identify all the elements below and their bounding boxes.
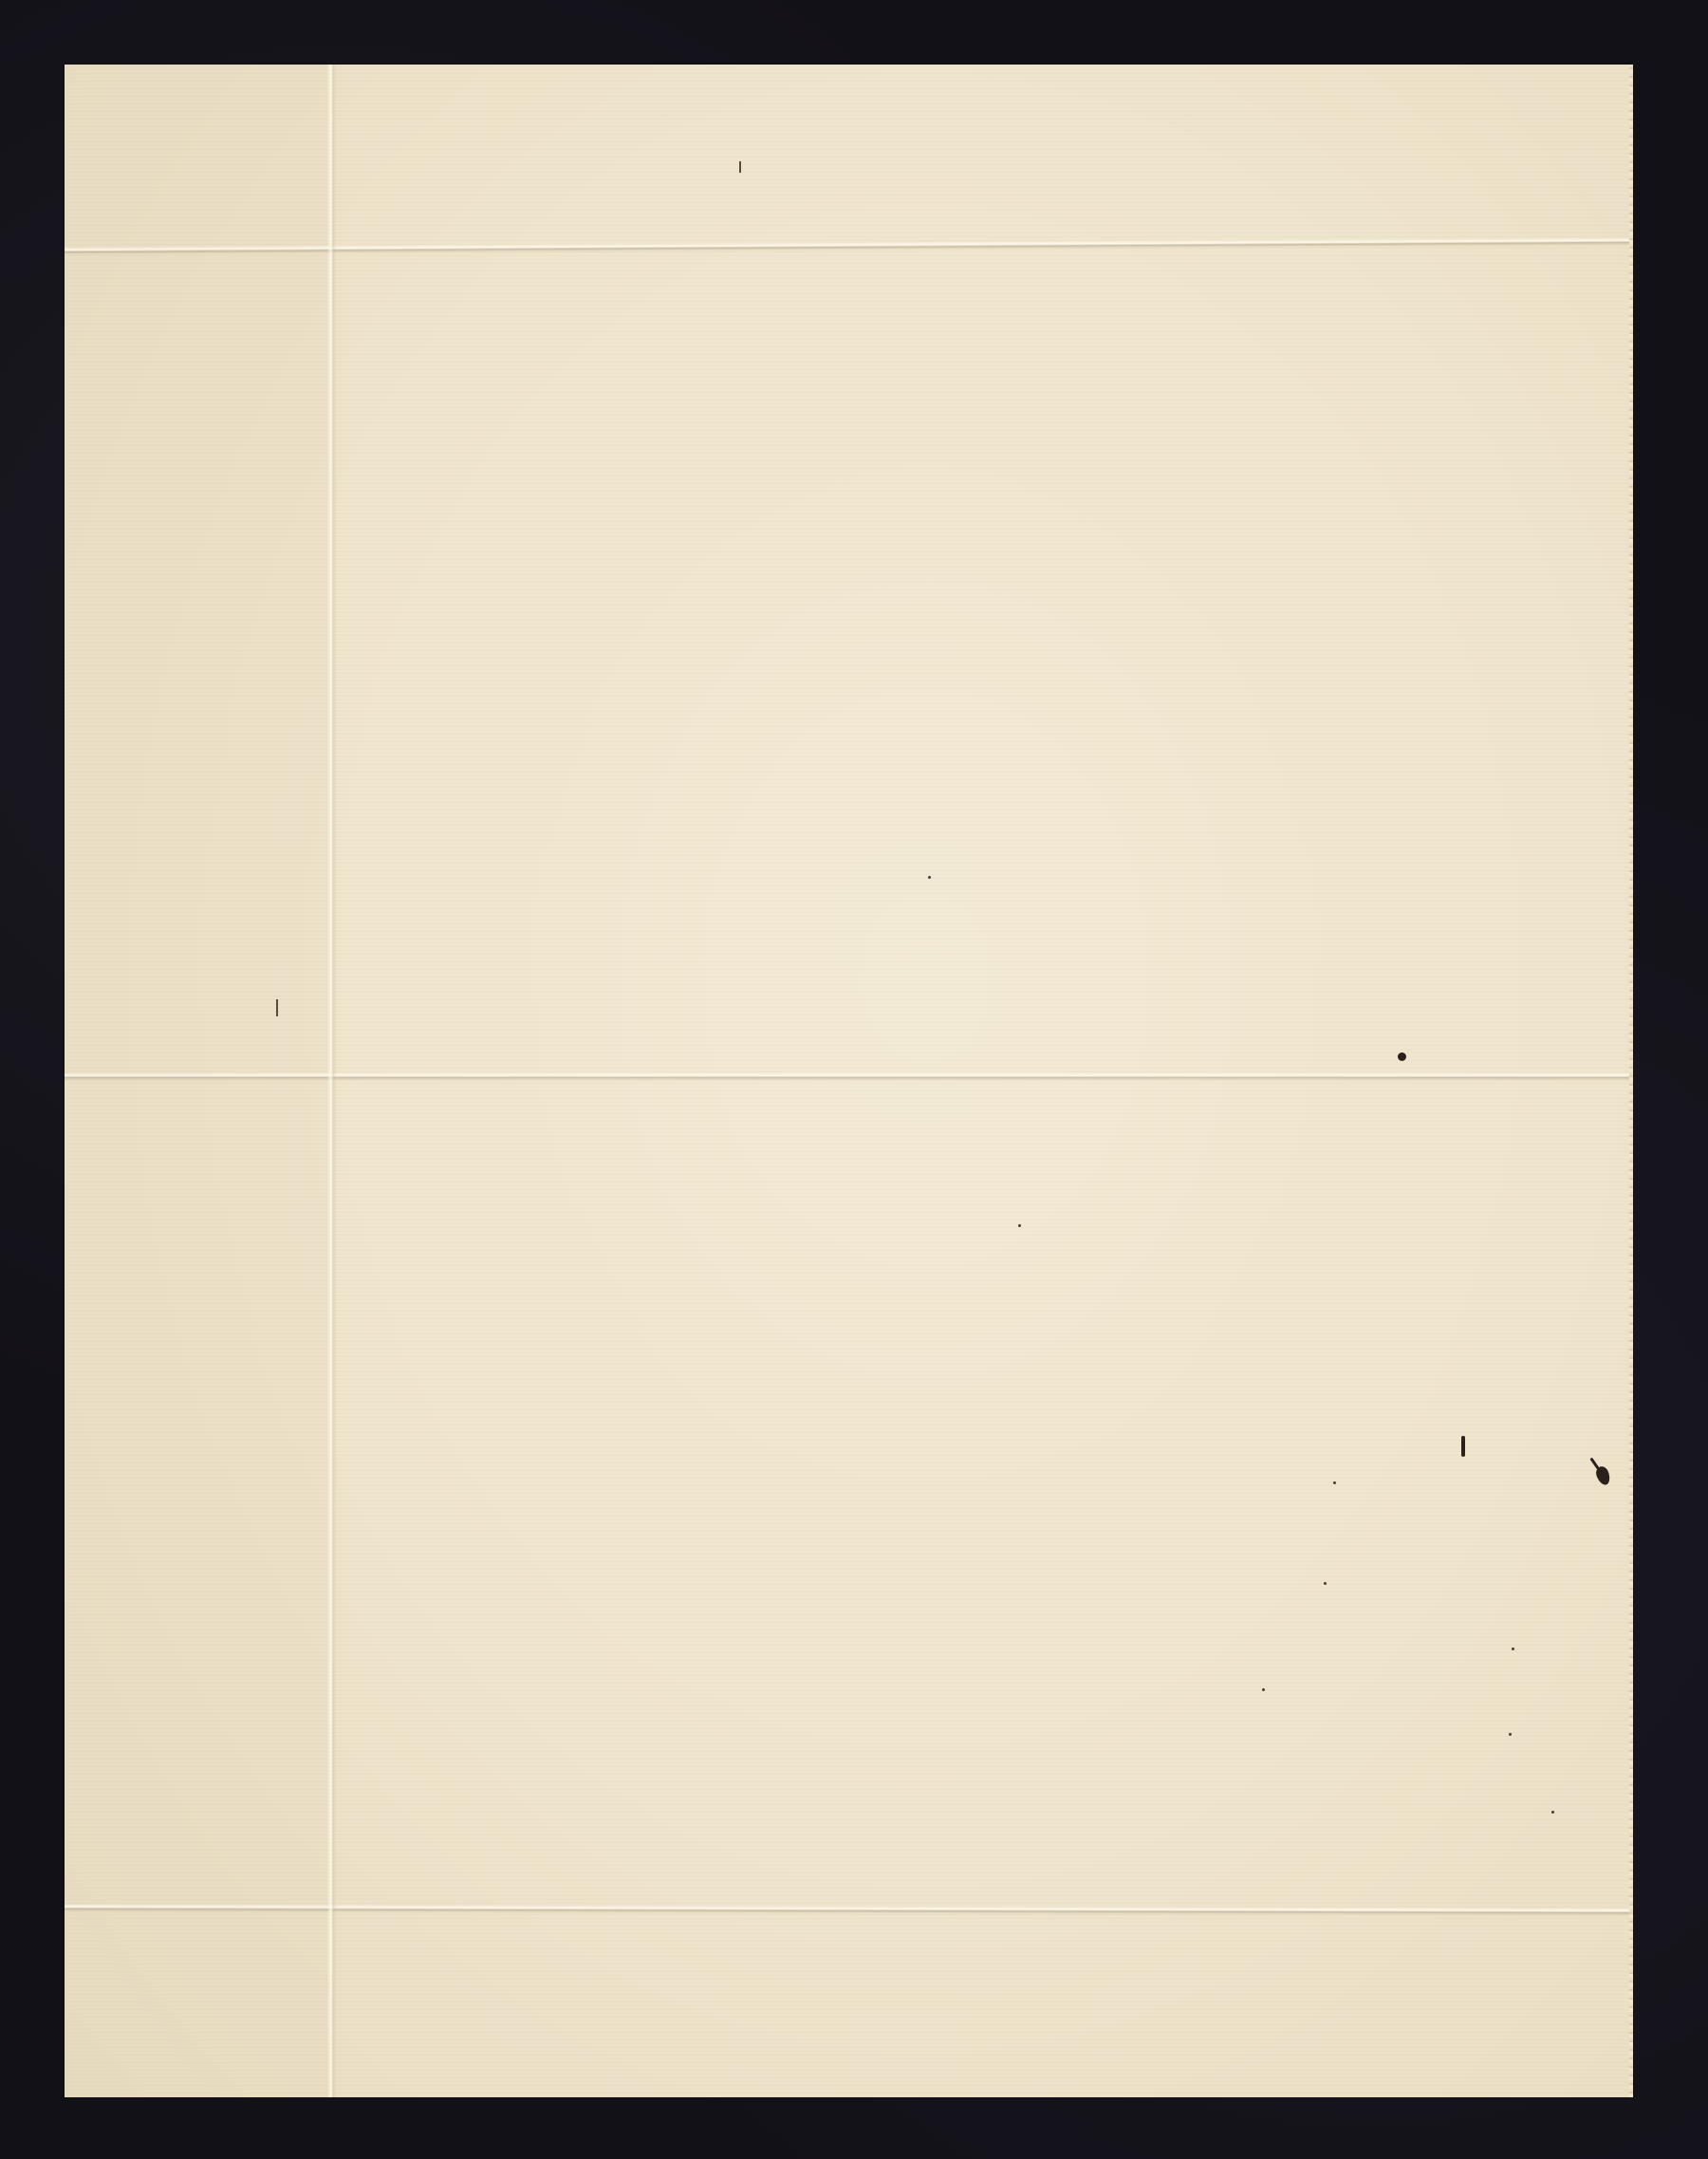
paper-speck (276, 999, 278, 1016)
paper-speck (1333, 1481, 1336, 1484)
paper-speck (1551, 1811, 1554, 1814)
paper-speck (1262, 1688, 1265, 1691)
fold-line-middle (65, 1072, 1630, 1082)
paper-speck (1018, 1224, 1021, 1227)
ink-drop (1594, 1464, 1612, 1486)
paper-speck (1512, 1647, 1514, 1650)
paper-speck (1324, 1582, 1327, 1585)
fold-line-vertical (327, 65, 337, 2097)
paper-speck (928, 876, 931, 879)
paper-speck (1509, 1733, 1512, 1736)
ink-spot (1398, 1052, 1406, 1061)
ink-stroke (1461, 1436, 1465, 1457)
paper-speck (739, 161, 741, 173)
paper-sheet (65, 65, 1630, 2097)
